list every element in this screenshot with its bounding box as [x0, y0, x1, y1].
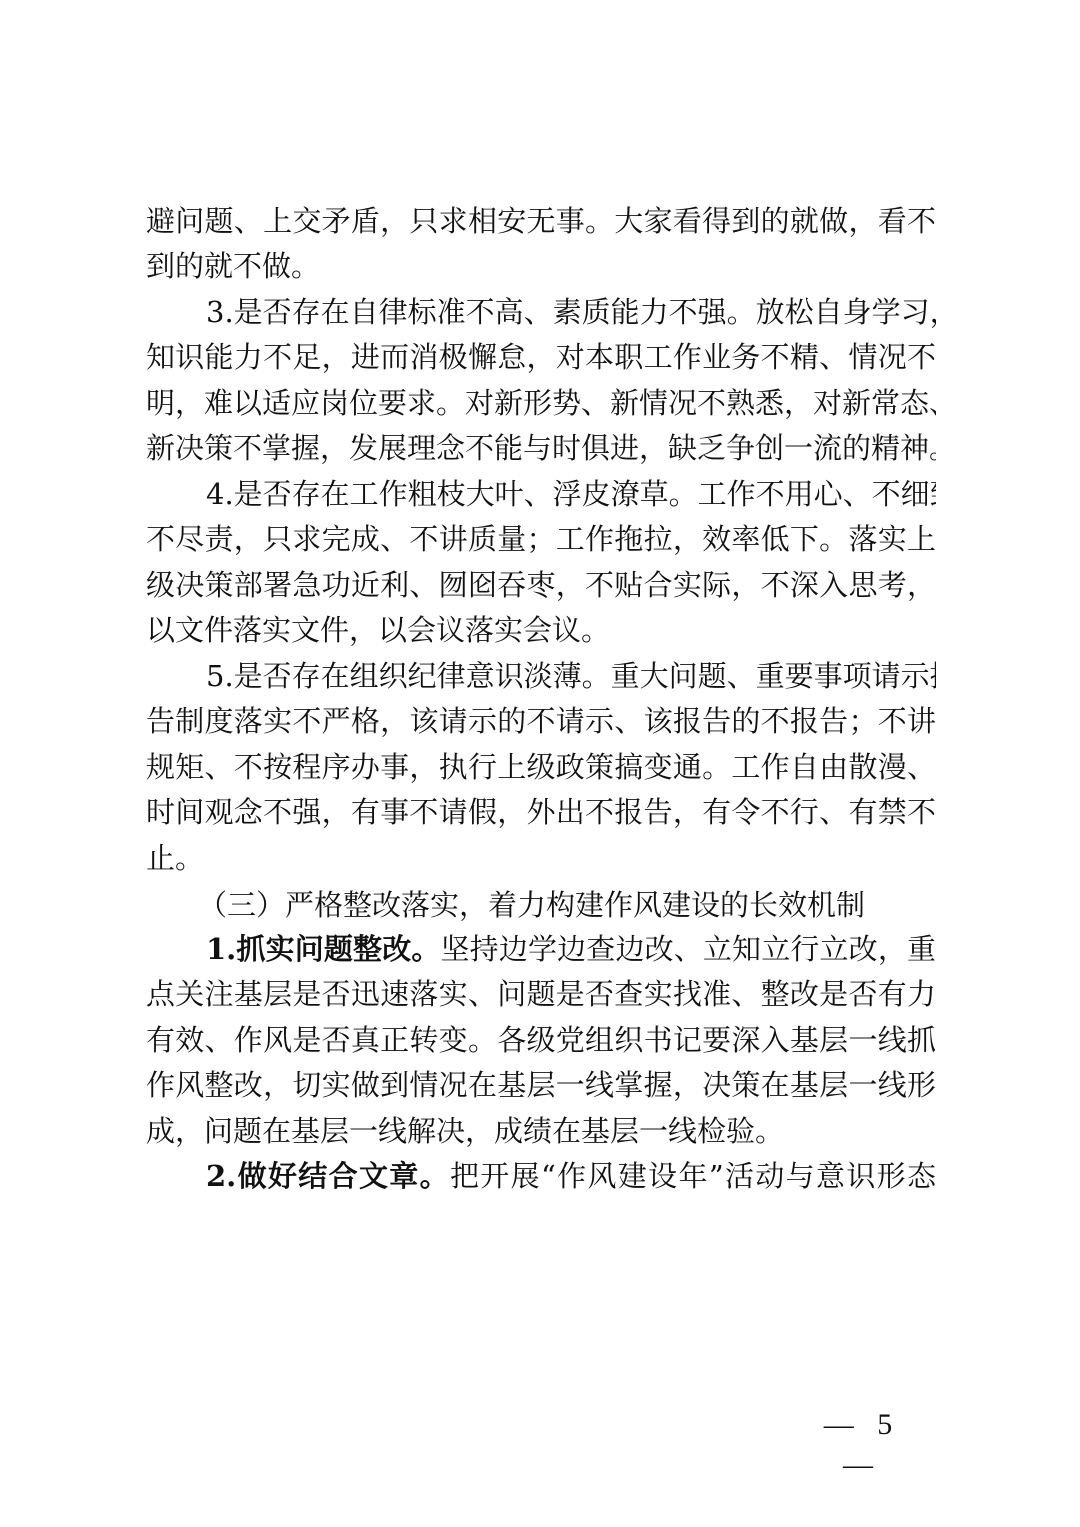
text-line: 以文件落实文件，以会议落实会议。	[146, 610, 936, 650]
bold-lead: 2.做好结合文章。	[206, 1159, 450, 1193]
text-line: 到的就不做。	[146, 246, 936, 286]
text-line: 2.做好结合文章。把开展“作风建设年”活动与意识形态	[206, 1156, 936, 1196]
text-line: 成，问题在基层一线解决，成绩在基层一线检验。	[146, 1111, 936, 1151]
text-line: 新决策不掌握，发展理念不能与时俱进，缺乏争创一流的精神。	[146, 428, 936, 468]
text-line: 止。	[146, 838, 936, 878]
text-line: 5.是否存在组织纪律意识淡薄。重大问题、重要事项请示报	[206, 656, 936, 696]
text-line: 告制度落实不严格，该请示的不请示、该报告的不报告；不讲	[146, 701, 936, 741]
text-line: 作风整改，切实做到情况在基层一线掌握，决策在基层一线形	[146, 1065, 936, 1105]
text-line: 避问题、上交矛盾，只求相安无事。大家看得到的就做，看不	[146, 201, 936, 241]
text-span: 坚持边学边查边改、立知立行立改，重	[441, 932, 936, 966]
section-heading: （三）严格整改落实，着力构建作风建设的长效机制	[198, 885, 878, 925]
page-number: — 5 —	[812, 1405, 912, 1485]
text-line: 明，难以适应岗位要求。对新形势、新情况不熟悉，对新常态、	[146, 383, 936, 423]
text-line: 4.是否存在工作粗枝大叶、浮皮潦草。工作不用心、不细致，	[206, 474, 936, 514]
bold-lead: 1.抓实问题整改。	[206, 932, 441, 966]
text-line: 点关注基层是否迅速落实、问题是否查实找准、整改是否有力	[146, 974, 936, 1014]
text-line: 有效、作风是否真正转变。各级党组织书记要深入基层一线抓	[146, 1020, 936, 1060]
text-line: 知识能力不足，进而消极懈怠，对本职工作业务不精、情况不	[146, 337, 936, 377]
document-page: 避问题、上交矛盾，只求相安无事。大家看得到的就做，看不 到的就不做。 3.是否存…	[0, 0, 1080, 1527]
text-line: 级决策部署急功近利、囫囵吞枣，不贴合实际，不深入思考，	[146, 565, 936, 605]
text-line: 3.是否存在自律标准不高、素质能力不强。放松自身学习，	[206, 292, 936, 332]
text-line: 时间观念不强，有事不请假，外出不报告，有令不行、有禁不	[146, 792, 936, 832]
text-line: 不尽责，只求完成、不讲质量；工作拖拉，效率低下。落实上	[146, 519, 936, 559]
text-span: 把开展“作风建设年”活动与意识形态	[450, 1159, 936, 1193]
text-line: 规矩、不按程序办事，执行上级政策搞变通。工作自由散漫、	[146, 747, 936, 787]
text-line: 1.抓实问题整改。坚持边学边查边改、立知立行立改，重	[206, 929, 936, 969]
